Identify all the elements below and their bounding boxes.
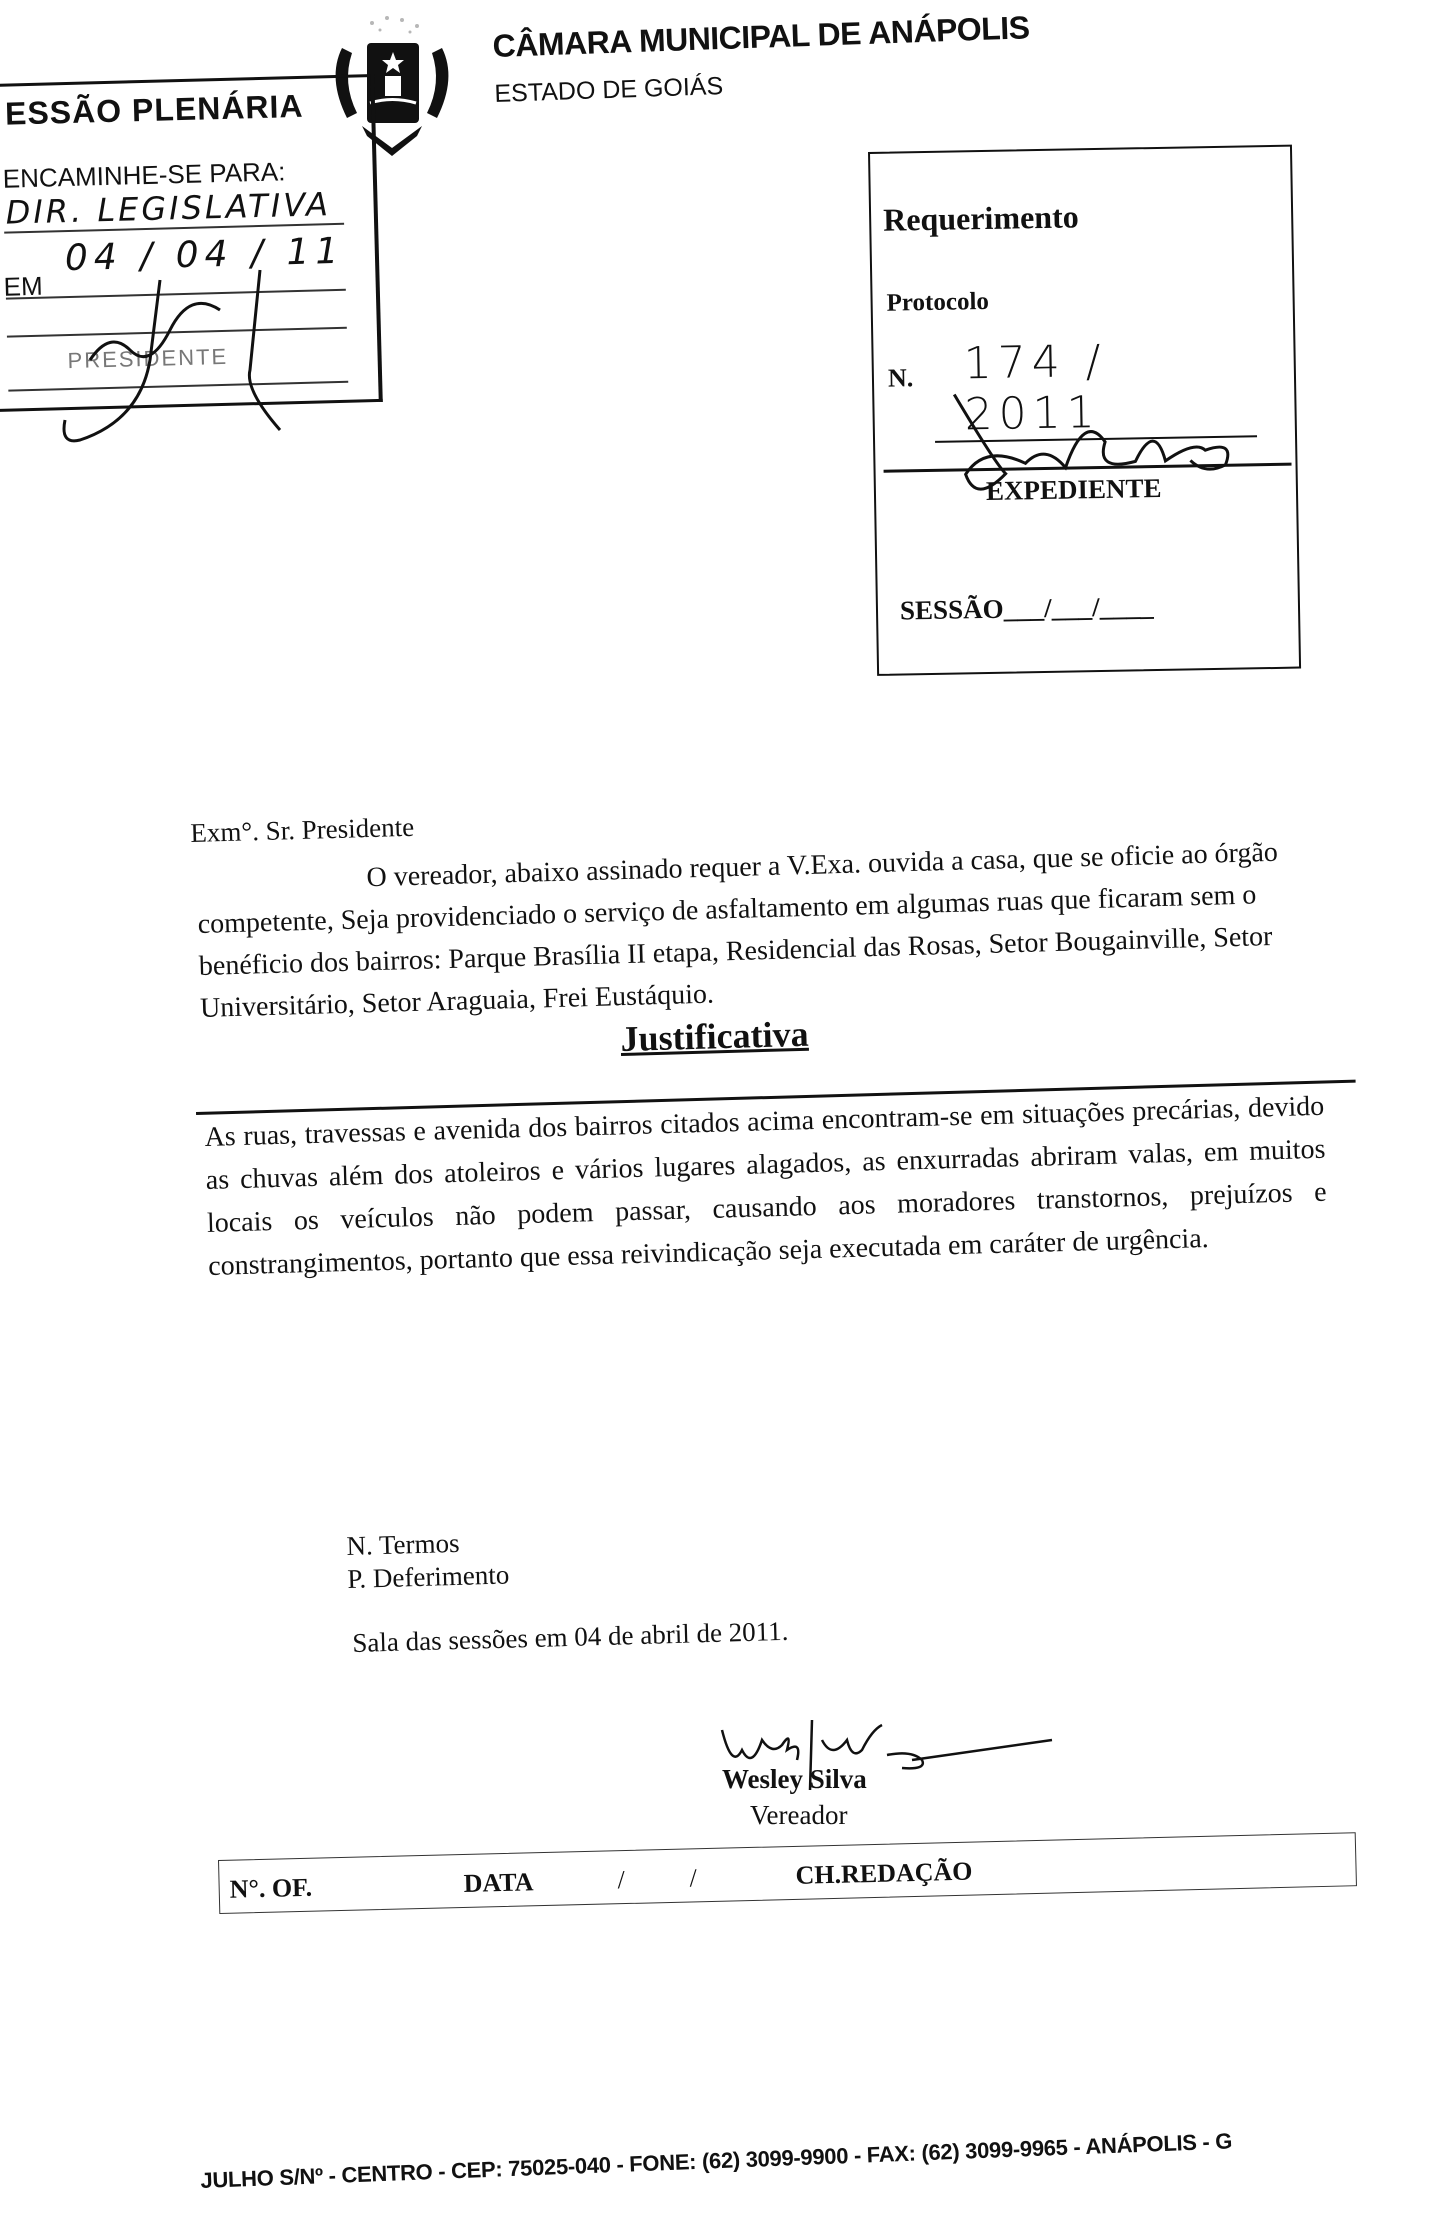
greeting: Exm°. Sr. Presidente <box>190 812 415 849</box>
councilor-role: Vereador <box>750 1800 847 1831</box>
justification-paragraph: As ruas, travessas e avenida dos bairros… <box>204 1085 1328 1288</box>
expediente-label: EXPEDIENTE <box>986 473 1162 507</box>
session-value: ___/___/____ <box>1003 591 1154 624</box>
office-record-table: N°. OF. DATA / / CH.REDAÇÃO <box>218 1832 1357 1914</box>
footer-address: JULHO S/Nº - CENTRO - CEP: 75025-040 - F… <box>200 2128 1233 2194</box>
councilor-name: Wesley Silva <box>722 1764 867 1795</box>
session-label: SESSÃO <box>900 594 1004 626</box>
institution-title: CÂMARA MUNICIPAL DE ANÁPOLIS <box>492 9 1030 65</box>
request-text: O vereador, abaixo assinado requer a V.E… <box>197 837 1278 1024</box>
institution-state: ESTADO DE GOIÁS <box>494 72 724 109</box>
justification-heading: Justificativa <box>620 1013 809 1060</box>
closing-line-terms: N. Termos <box>346 1525 509 1563</box>
office-date-slash: / <box>689 1863 697 1893</box>
date-line: Sala das sessões em 04 de abril de 2011. <box>352 1616 789 1659</box>
protocol-label: Protocolo <box>886 288 989 318</box>
protocol-box: Requerimento Protocolo N. 174 / 2011 EXP… <box>868 145 1301 676</box>
session-field: SESSÃO___/___/____ <box>900 591 1154 626</box>
protocol-box-title: Requerimento <box>883 198 1079 238</box>
closing-block: N. Termos P. Deferimento <box>346 1525 510 1595</box>
redaction-chief-label: CH.REDAÇÃO <box>795 1857 973 1891</box>
closing-line-deferment: P. Deferimento <box>347 1558 510 1596</box>
protocol-number-label: N. <box>888 363 914 393</box>
president-signature-icon <box>20 250 320 450</box>
office-date-label: DATA <box>463 1867 534 1899</box>
request-paragraph: O vereador, abaixo assinado requer a V.E… <box>196 831 1300 1030</box>
stamp-title: ESSÃO PLENÁRIA <box>5 88 304 133</box>
office-number-label: N°. OF. <box>229 1873 312 1905</box>
office-date-slash: / <box>617 1865 625 1895</box>
